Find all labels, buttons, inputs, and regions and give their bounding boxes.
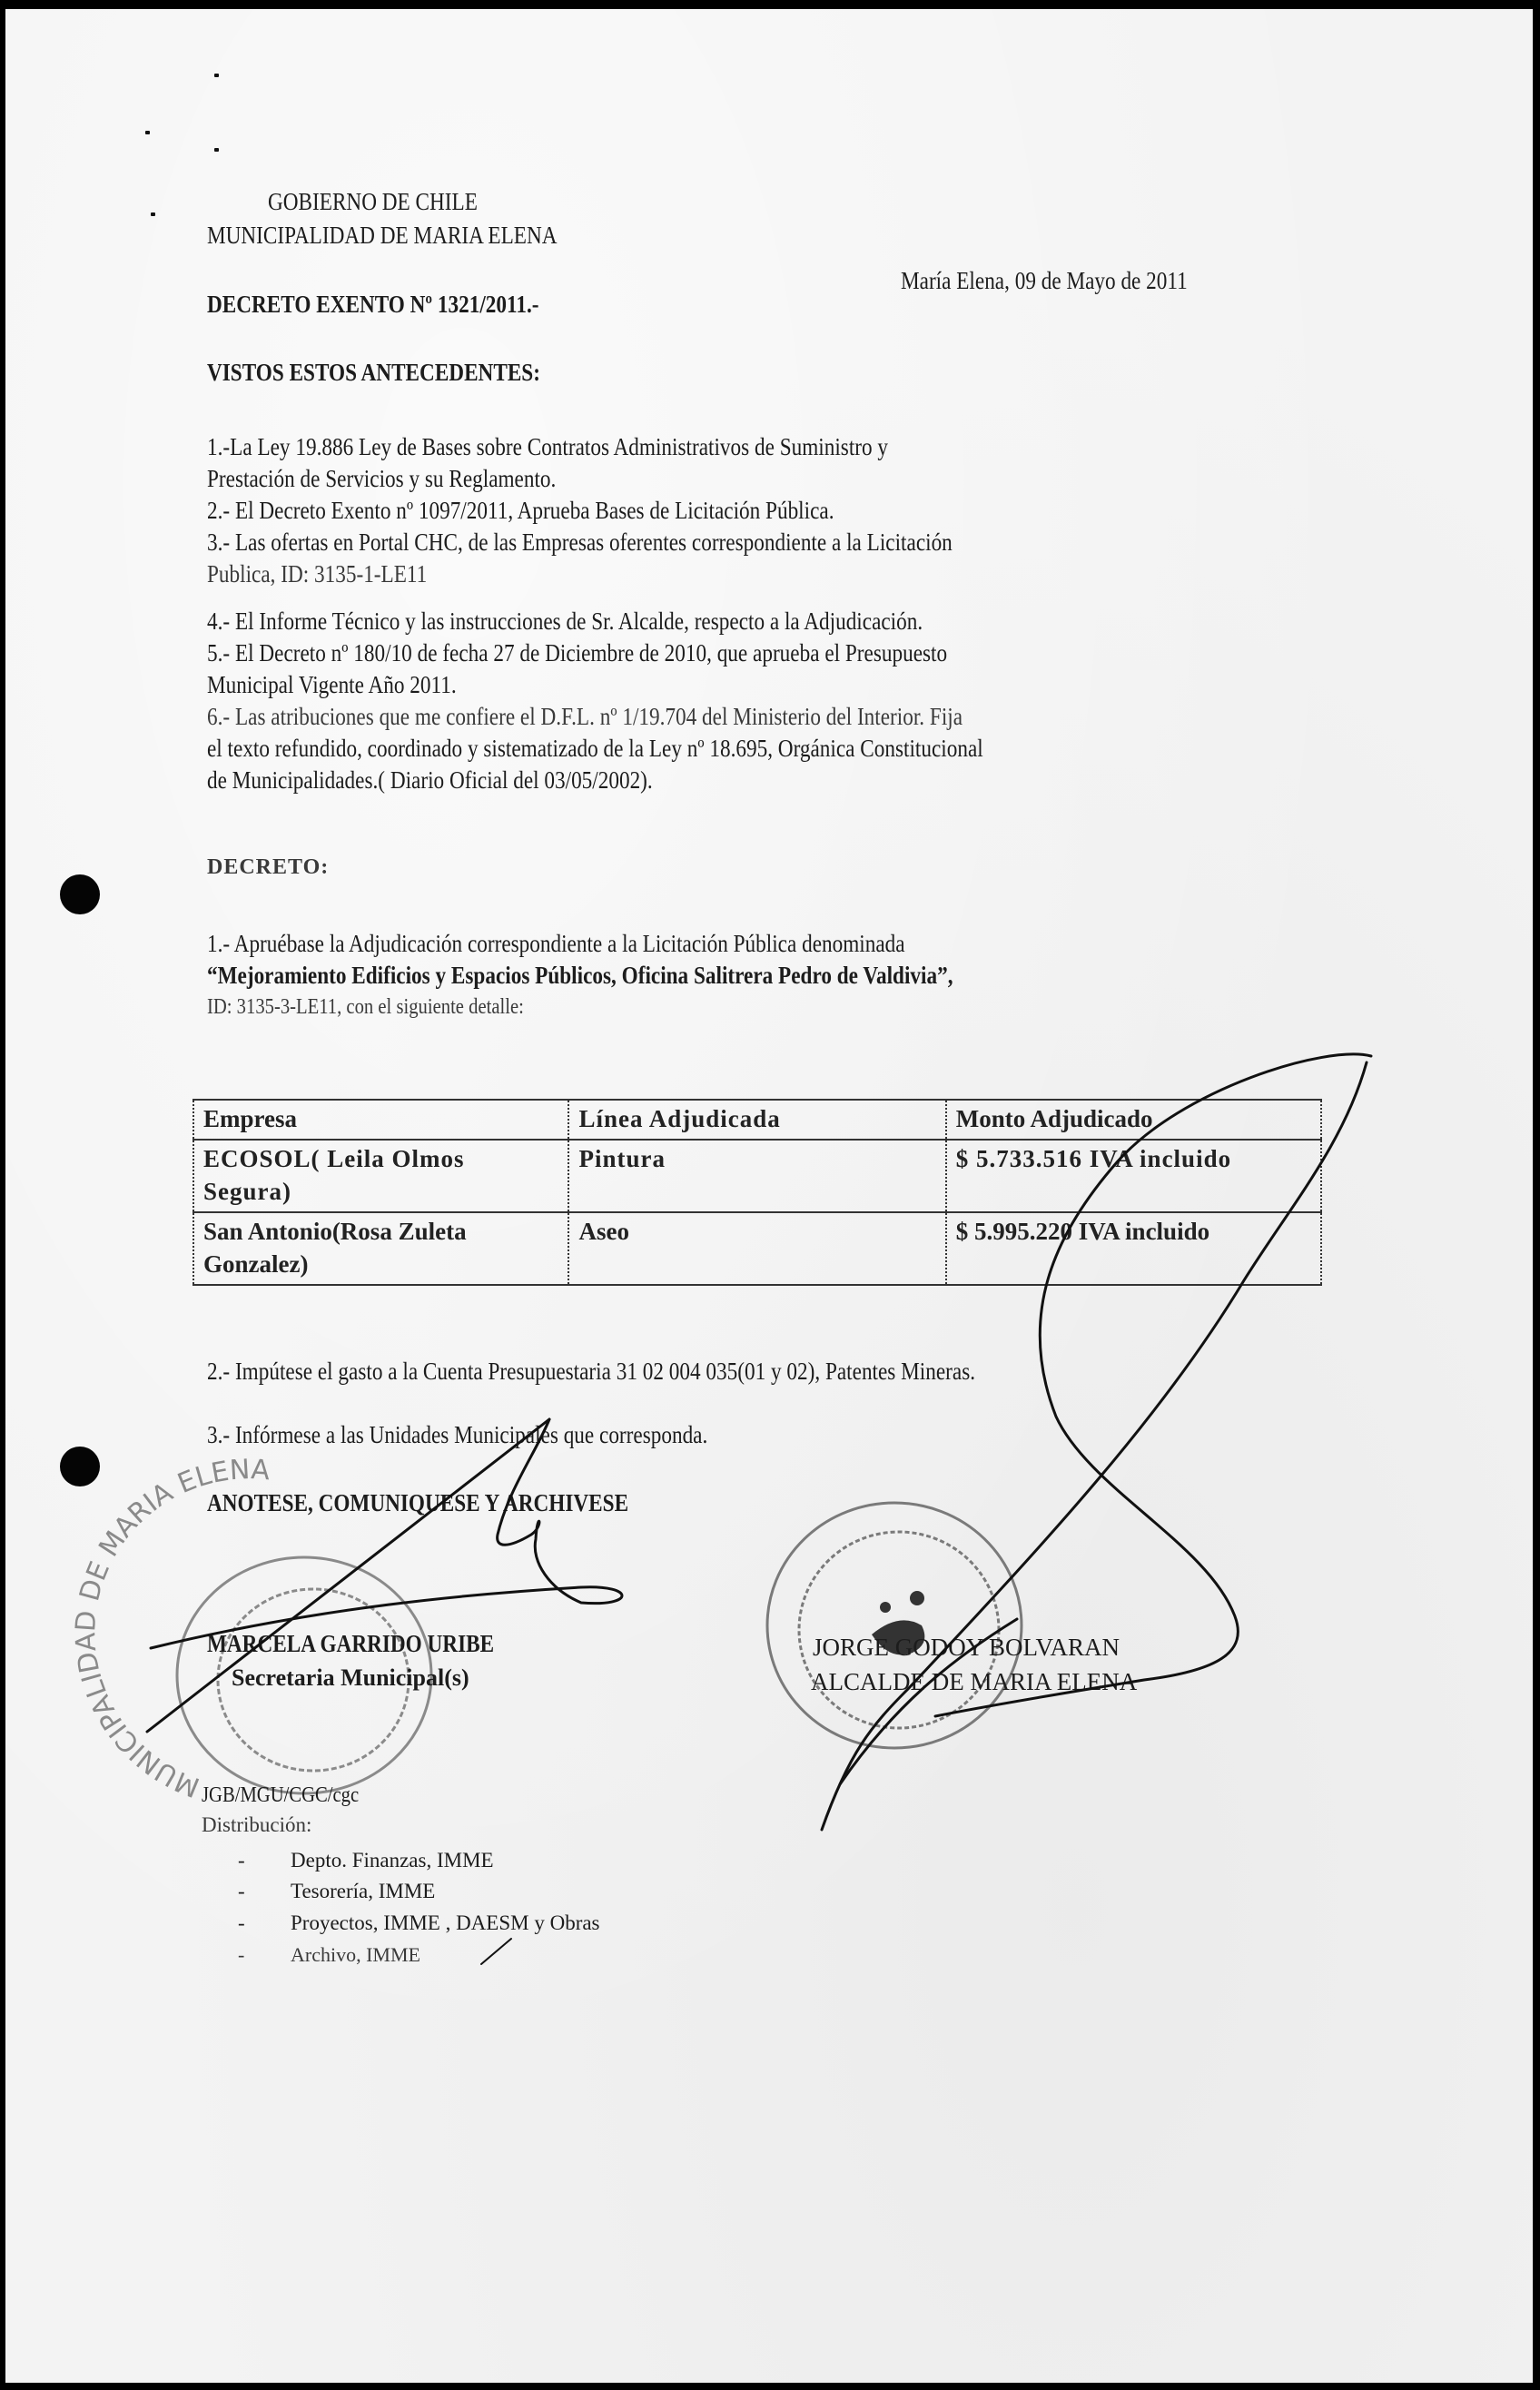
vistos-line: 1.-La Ley 19.886 Ley de Bases sobre Cont… <box>207 431 888 462</box>
secretary-name: MARCELA GARRIDO URIBE <box>207 1627 494 1660</box>
cell-monto: $ 5.733.516 IVA incluido <box>946 1140 1321 1212</box>
mayor-name: JORGE GODOY BOLVARAN <box>813 1631 1120 1664</box>
cell-monto: $ 5.995.220 IVA incluido <box>946 1212 1321 1285</box>
municipality-name: MUNICIPALIDAD DE MARIA ELENA <box>207 220 557 251</box>
decreto-item-1-line-1: 1.- Apruébase la Adjudicación correspond… <box>207 928 905 959</box>
decreto-item-1-line-3: ID: 3135-3-LE11, con el siguiente detall… <box>207 992 524 1022</box>
list-item: - Depto. Finanzas, IMME <box>238 1845 245 1876</box>
vistos-line: 3.- Las ofertas en Portal CHC, de las Em… <box>207 527 953 558</box>
list-item-text: Depto. Finanzas, IMME <box>291 1845 494 1876</box>
place-date: María Elena, 09 de Mayo de 2011 <box>901 265 1188 296</box>
table-row: ECOSOL( Leila Olmos Segura) Pintura $ 5.… <box>193 1140 1321 1212</box>
column-header-monto: Monto Adjudicado <box>946 1100 1321 1140</box>
vistos-line: Publica, ID: 3135-1-LE11 <box>207 558 427 589</box>
punch-hole-top <box>60 874 100 914</box>
scan-speck <box>214 74 219 77</box>
list-item-text: Archivo, IMME <box>291 1940 420 1970</box>
scan-speck <box>214 148 219 152</box>
secretary-title: Secretaria Municipal(s) <box>232 1662 469 1694</box>
initials: JGB/MGU/CGC/cgc <box>202 1780 359 1811</box>
closing-formula: ANOTESE, COMUNIQUESE Y ARCHIVESE <box>207 1487 628 1518</box>
vistos-line: el texto refundido, coordinado y sistema… <box>207 733 983 764</box>
cell-linea: Aseo <box>568 1212 945 1285</box>
vistos-line: Municipal Vigente Año 2011. <box>207 669 457 700</box>
cell-linea: Pintura <box>568 1140 945 1212</box>
list-item: - Tesorería, IMME <box>238 1876 245 1907</box>
decreto-heading: DECRETO: <box>207 852 329 883</box>
decreto-item-2: 2.- Impútese el gasto a la Cuenta Presup… <box>207 1356 975 1387</box>
vistos-line: 2.- El Decreto Exento nº 1097/2011, Apru… <box>207 495 834 526</box>
tender-name: “Mejoramiento Edificios y Espacios Públi… <box>207 960 953 991</box>
cell-empresa: ECOSOL( Leila Olmos Segura) <box>193 1140 568 1212</box>
list-item: - Proyectos, IMME , DAESM y Obras <box>238 1908 245 1939</box>
vistos-heading: VISTOS ESTOS ANTECEDENTES: <box>207 357 540 388</box>
scan-speck <box>151 212 155 216</box>
decreto-item-3: 3.- Infórmese a las Unidades Municipales… <box>207 1419 707 1450</box>
table-header-row: Empresa Línea Adjudicada Monto Adjudicad… <box>193 1100 1321 1140</box>
table-row: San Antonio(Rosa Zuleta Gonzalez) Aseo $… <box>193 1212 1321 1285</box>
bullet: - <box>238 1943 244 1966</box>
list-item-text: Tesorería, IMME <box>291 1876 435 1907</box>
adjudication-table: Empresa Línea Adjudicada Monto Adjudicad… <box>192 1099 1322 1286</box>
vistos-line: 5.- El Decreto nº 180/10 de fecha 27 de … <box>207 637 947 668</box>
distribution-heading: Distribución: <box>202 1810 311 1841</box>
cell-empresa: San Antonio(Rosa Zuleta Gonzalez) <box>193 1212 568 1285</box>
list-item-text: Proyectos, IMME , DAESM y Obras <box>291 1908 600 1939</box>
vistos-line: 4.- El Informe Técnico y las instruccion… <box>207 606 923 637</box>
bullet: - <box>238 1880 245 1902</box>
mayor-title: ALCALDE DE MARIA ELENA <box>811 1665 1137 1698</box>
vistos-line: 6.- Las atribuciones que me confiere el … <box>207 701 962 732</box>
vistos-line: Prestación de Servicios y su Reglamento. <box>207 463 556 494</box>
scan-speck <box>145 131 150 134</box>
bullet: - <box>238 1849 245 1872</box>
list-item: - Archivo, IMME <box>238 1940 244 1970</box>
decree-number: DECRETO EXENTO Nº 1321/2011.- <box>207 289 539 320</box>
column-header-linea: Línea Adjudicada <box>568 1100 945 1140</box>
government-name: GOBIERNO DE CHILE <box>268 186 478 217</box>
vistos-line: de Municipalidades.( Diario Oficial del … <box>207 765 653 795</box>
column-header-empresa: Empresa <box>193 1100 568 1140</box>
punch-hole-bottom <box>60 1447 100 1486</box>
bullet: - <box>238 1911 245 1934</box>
